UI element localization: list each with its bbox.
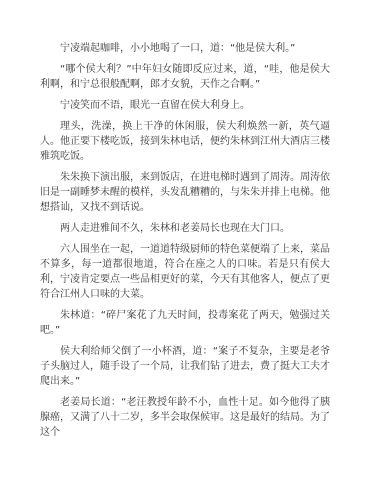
paragraph: 侯大利给师父倒了一小杯酒，道：“案子不复杂，主要是老爷子头脑过人，随手设了一个局… [40, 344, 330, 389]
paragraph: 六人围坐在一起，一道道特级厨师的特色菜便端了上来，菜品不算多，每一道都很地道，符… [40, 242, 330, 302]
page-text: 宁凌端起咖啡，小小地喝了一口，道：“他是侯大利。”“哪个侯大利？”中年妇女随即反… [40, 41, 330, 440]
paragraph: 朱朱换下演出服，来到饭店，在进电梯时遇到了周涛。周涛依旧是一副睡梦未醒的模样，头… [40, 170, 330, 215]
paragraph: 朱林道：“碎尸案花了九天时间，投毒案花了两天，勉强过关吧。” [40, 308, 330, 338]
paragraph: 两人走进雅间不久，朱林和老姜局长也现在大门口。 [40, 221, 330, 236]
paragraph: 理头，洗澡，换上干净的休闲服，侯大利焕然一新，英气逼人。他正要下楼吃饭，接到朱林… [40, 119, 330, 164]
paragraph: 宁凌笑而不语，眼光一直留在侯大利身上。 [40, 98, 330, 113]
book-page: 宁凌端起咖啡，小小地喝了一口，道：“他是侯大利。”“哪个侯大利？”中年妇女随即反… [0, 0, 370, 480]
paragraph: 老姜局长道：“老汪教授年龄不小，血性十足。如今他得了胰腺癌，又满了八十二岁，多半… [40, 395, 330, 440]
paragraph: “哪个侯大利？”中年妇女随即反应过来，道，“哇，他是侯大利啊，和宁总很般配啊，郎… [40, 62, 330, 92]
paragraph: 宁凌端起咖啡，小小地喝了一口，道：“他是侯大利。” [40, 41, 330, 56]
